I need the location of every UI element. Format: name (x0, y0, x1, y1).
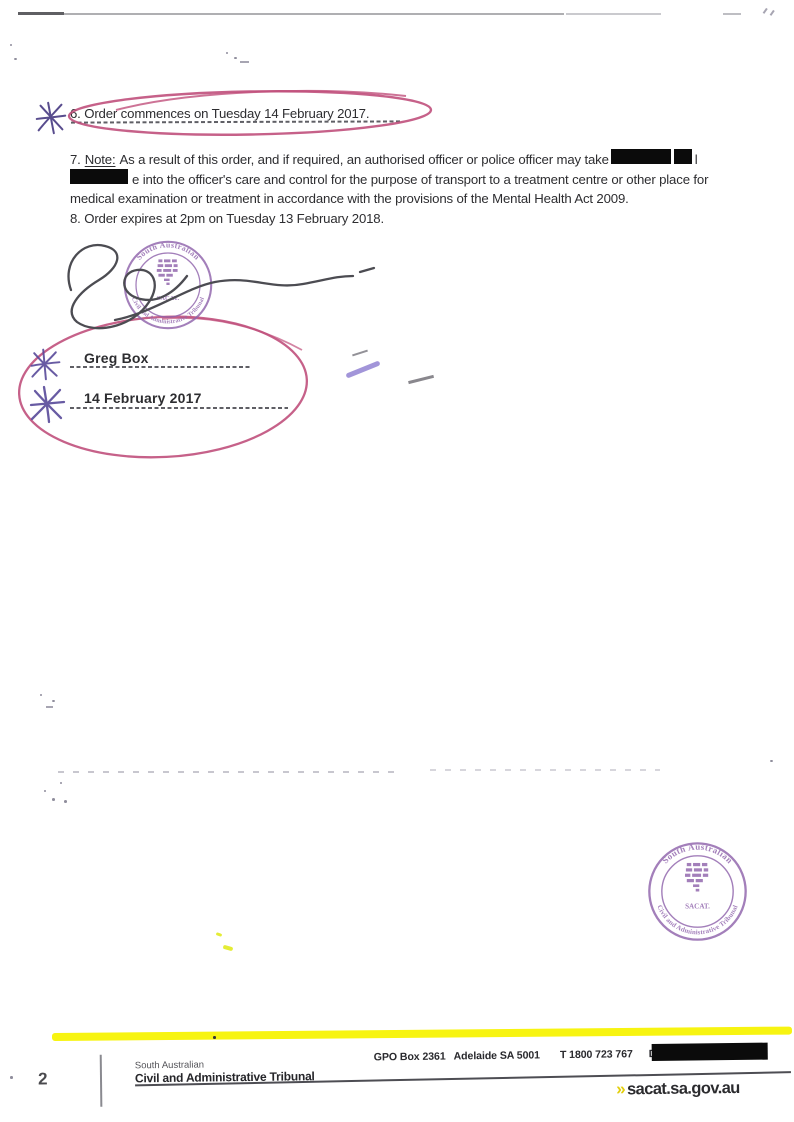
item7-line2-text: e into the officer's care and control fo… (132, 170, 708, 189)
highlighter-speck (216, 932, 223, 937)
sacat-stamp-bottom: South Australian Civil and Administrativ… (644, 838, 751, 945)
scan-speck (14, 58, 17, 60)
scan-artifact-line (64, 13, 564, 15)
order-item-8-text: 8. Order expires at 2pm on Tuesday 13 Fe… (70, 211, 384, 226)
scan-speck (64, 800, 67, 803)
order-item-8: 8. Order expires at 2pm on Tuesday 13 Fe… (70, 209, 384, 228)
footer-phone: T 1800 723 767 (560, 1048, 633, 1061)
pen-smudge (408, 375, 434, 384)
stamp-emblem (685, 863, 708, 892)
order-item-7: 7. Note: As a result of this order, and … (70, 149, 762, 208)
scan-artifact-line (723, 13, 741, 15)
scan-speck (40, 694, 42, 696)
item7-line3-text: medical examination or treatment in acco… (70, 191, 629, 206)
scan-speck (770, 10, 775, 16)
highlighter-speck (223, 945, 234, 951)
item7-note-label: Note: (85, 150, 116, 169)
item7-line2: e into the officer's care and control fo… (70, 169, 762, 189)
signature-scribble (55, 232, 400, 337)
scan-speck (763, 8, 768, 14)
scan-speck (60, 782, 62, 784)
footer-divider (100, 1055, 102, 1107)
footer-website-text: sacat.sa.gov.au (627, 1078, 740, 1098)
scan-artifact-dotted-line (58, 771, 398, 773)
footer: 2 South Australian Civil and Administrat… (0, 1030, 794, 1118)
scanned-document-page: 6. Order commences on Tuesday 14 Februar… (0, 0, 794, 1122)
pen-asterisk-date (26, 384, 68, 424)
scan-speck (46, 706, 53, 708)
item7-line1-text: As a result of this order, and if requir… (119, 150, 608, 169)
pen-asterisk-item6 (32, 99, 70, 137)
redaction-box (70, 169, 128, 184)
footer-city: Adelaide SA 5001 (454, 1049, 540, 1062)
item7-line3: medical examination or treatment in acco… (70, 189, 762, 208)
item7-line1: 7. Note: As a result of this order, and … (70, 149, 762, 169)
redaction-box (611, 149, 671, 164)
redaction-box (674, 149, 692, 164)
scan-artifact-line (18, 12, 64, 15)
pen-smudge (345, 360, 380, 378)
pen-circle-item6 (58, 86, 442, 142)
scan-speck (240, 61, 249, 63)
item7-number: 7. (70, 150, 81, 169)
scan-speck (52, 798, 55, 801)
stamp-label: SACAT. (685, 902, 710, 910)
item7-line1-tail: l (695, 150, 698, 169)
scan-artifact-line (566, 13, 661, 15)
pen-smudge (352, 350, 368, 357)
page-number: 2 (38, 1069, 48, 1089)
footer-website: » sacat.sa.gov.au (616, 1078, 740, 1100)
svg-text:South Australian: South Australian (660, 842, 735, 866)
scan-speck (44, 790, 46, 792)
scan-speck (234, 57, 237, 59)
scan-speck (770, 760, 773, 762)
stamp-top-arc-text: South Australian (660, 842, 735, 866)
footer-po-box: GPO Box 2361 (374, 1051, 446, 1064)
chevrons-icon: » (616, 1079, 625, 1099)
scan-speck (226, 52, 228, 54)
footer-contact-row: GPO Box 2361 Adelaide SA 5001 T 1800 723… (374, 1047, 699, 1063)
pen-asterisk-name (26, 346, 64, 382)
scan-speck (52, 700, 55, 702)
scan-speck (10, 44, 12, 46)
scan-artifact-dotted-line (430, 769, 660, 771)
redaction-box-footer (652, 1043, 768, 1061)
